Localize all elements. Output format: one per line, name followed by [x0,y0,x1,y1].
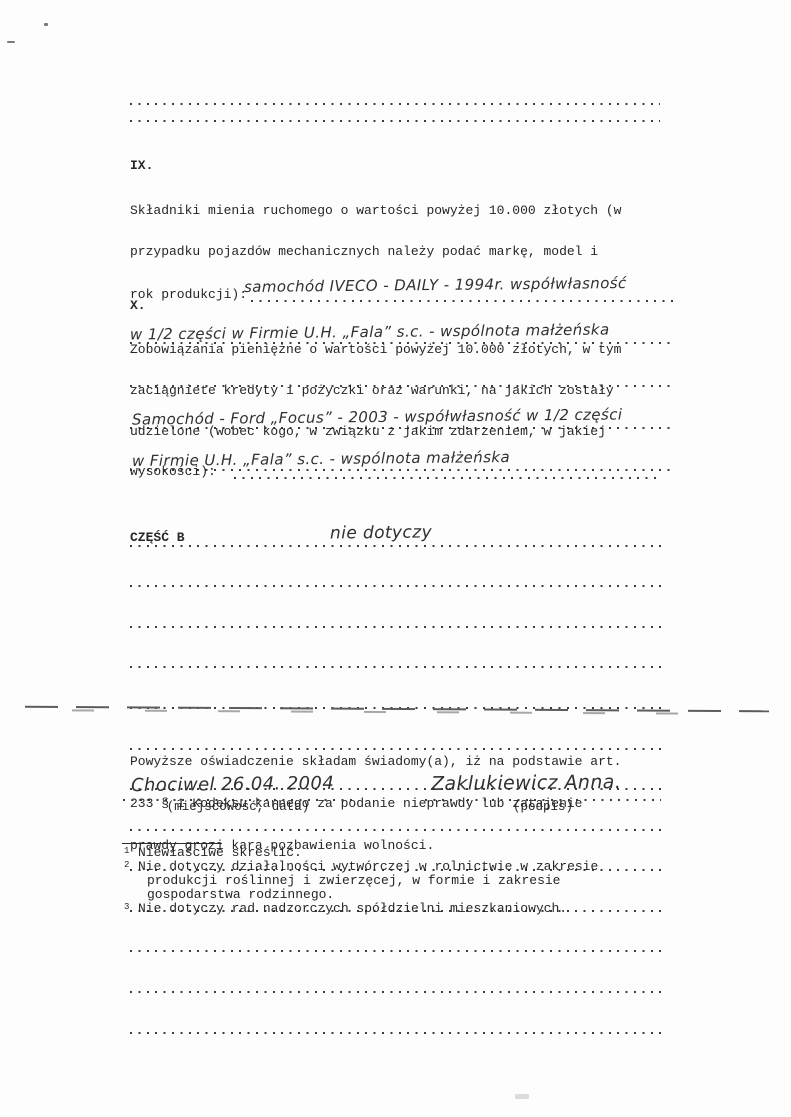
part-b-heading: CZĘŚĆ B [130,531,185,545]
dotted-line [130,1020,662,1033]
section-x: X. Zobowiązania pieniężne o wartości pow… [130,272,662,1088]
dotted-line [130,88,660,105]
footnote-marker: 3 [124,901,129,915]
footnote-text: Niewłaściwe skreślić. [138,845,302,860]
section-x-text-line: Zobowiązania pieniężne o wartości powyże… [130,343,662,357]
dotted-line [130,105,660,122]
footnote-separator [122,843,222,844]
scanned-asset-declaration-page: IX. Składniki mienia ruchomego o wartośc… [0,0,791,1117]
scan-artifact [44,23,48,26]
dotted-line: nie dotyczy [130,533,662,546]
section-x-answer-row: wysokości): [130,465,662,479]
dotted-line [130,574,662,587]
footnote-text: gospodarstwa rodzinnego. [147,887,334,902]
footnote-line: produkcji roślinnej i zwierzęcej, w form… [122,874,670,888]
dotted-line [130,939,662,952]
footnote-line: 2Nie dotyczy działalności wytwórczej w r… [122,860,670,874]
section-ix-heading: IX. [130,159,676,173]
section-x-text-line: wysokości): [130,465,216,479]
dotted-line [130,980,662,993]
section-x-text-line: udzielone (wobec kogo, w związku z jakim… [130,425,662,439]
scan-artifact [515,1094,529,1099]
footnote-line: 3Nie dotyczy rad nadzorczych spółdzielni… [122,902,670,916]
footnote-marker: 1 [124,845,129,859]
footnote-marker: 2 [124,859,129,873]
section-x-text-line: zaciągniete kredyty i pożyczki oraz waru… [130,384,662,398]
signature-block: Zaklukiewicz Anna. (podpis) [425,772,661,815]
signature-caption: (podpis) [425,801,661,815]
footnote-text: Nie dotyczy rad nadzorczych spółdzielni … [138,901,567,916]
section-viii-trailing-dots [130,88,660,122]
dotted-line [130,655,662,668]
footnote-text: Nie dotyczy działalności wytwórczej w ro… [138,859,598,874]
footnote-line: gospodarstwa rodzinnego. [122,888,670,902]
place-date-block: Chociwel 26.04. 2004 (miejscowość, data) [123,772,353,815]
dotted-line [130,614,662,627]
section-x-heading: X. [130,299,662,313]
footnote-text: produkcji roślinnej i zwierzęcej, w form… [147,873,560,888]
scan-artifact [7,41,15,43]
footnotes: 1Niewłaściwe skreślić. 2Nie dotyczy dzia… [122,843,670,916]
handwriting-x-nie-dotyczy: nie dotyczy [330,527,432,542]
footnote-line: 1Niewłaściwe skreślić. [122,846,670,860]
handwriting-place-date: Chociwel 26.04. 2004 [131,773,334,796]
dotted-line [234,466,662,479]
section-ix-text-line: Składniki mienia ruchomego o wartości po… [130,204,676,218]
place-date-caption: (miejscowość, data) [123,801,353,815]
handwriting-signature: Zaklukiewicz Anna. [431,771,621,795]
declaration-line: Powyższe oświadczenie składam świadomy(a… [130,755,621,769]
section-ix-text-line: przypadku pojazdów mechanicznych należy … [130,245,676,259]
